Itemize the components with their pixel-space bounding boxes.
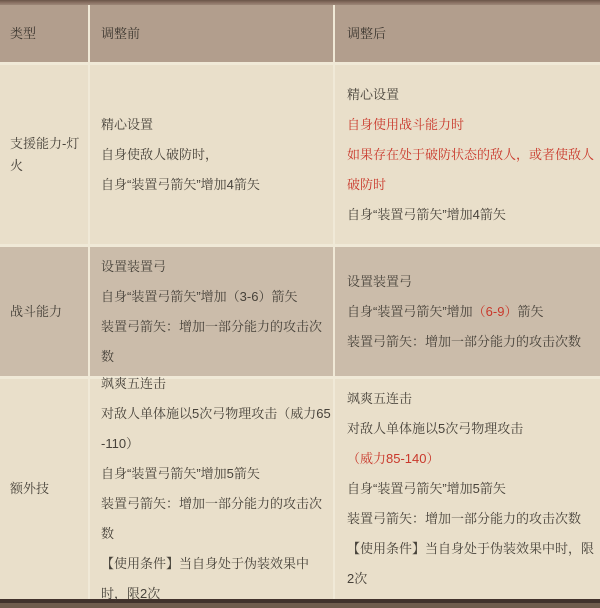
text-segment: 自身“装置弓箭矢”增加5箭矢 (101, 466, 260, 481)
text-line: 精心设置 (347, 80, 399, 110)
text-segment: 自身“装置弓箭矢”增加5箭矢 (347, 481, 506, 496)
text-line: 设置装置弓 (347, 267, 412, 297)
text-line: 自身“装置弓箭矢”增加5箭矢 (347, 474, 506, 504)
text-segment: 装置弓箭矢：增加一部分能力的攻击次数 (347, 511, 581, 526)
text-segment: 自身“装置弓箭矢”增加4箭矢 (101, 177, 260, 192)
text-line: 装置弓箭矢：增加一部分能力的攻击次数 (347, 327, 581, 357)
header-label-type: 类型 (10, 25, 36, 43)
skill-adjustment-table: 类型 调整前 调整后 支援能力-灯火 精心设置 自身使敌人破防时， 自身“装置弓… (0, 0, 600, 608)
row-type-label: 额外技 (10, 478, 49, 500)
text-line: 对敌人单体施以5次弓物理攻击（威力85-140） (347, 414, 523, 474)
text-line: 自身使敌人破防时， (101, 140, 218, 170)
text-segment: 【使用条件】当自身处于伪装效果中时，限2次 (101, 556, 309, 601)
row-type-label: 支援能力-灯火 (10, 133, 86, 177)
text-line: 飒爽五连击 (347, 384, 412, 414)
table-header-row: 类型 调整前 调整后 (0, 5, 600, 62)
text-line: 装置弓箭矢：增加一部分能力的攻击次数 (101, 312, 331, 372)
text-line: 自身“装置弓箭矢”增加5箭矢 (101, 459, 260, 489)
text-line: 自身“装置弓箭矢”增加4箭矢 (101, 170, 260, 200)
text-line: 对敌人单体施以5次弓物理攻击（威力65-110） (101, 399, 331, 459)
text-line: 飒爽五连击 (101, 369, 166, 399)
header-label-before: 调整前 (101, 25, 140, 43)
before-cell: 设置装置弓 自身“装置弓箭矢”增加（3-6）箭矢 装置弓箭矢：增加一部分能力的攻… (88, 247, 333, 376)
text-line: 自身“装置弓箭矢”增加（3-6）箭矢 (101, 282, 297, 312)
text-segment-highlight: 如果存在处于破防状态的敌人，或者使敌人破防时 (347, 147, 594, 192)
text-segment: 对敌人单体施以5次弓物理攻击 (347, 421, 523, 436)
table-row-combat-ability: 战斗能力 设置装置弓 自身“装置弓箭矢”增加（3-6）箭矢 装置弓箭矢：增加一部… (0, 247, 600, 376)
text-segment: 飒爽五连击 (101, 376, 166, 391)
text-segment-highlight: （6-9） (473, 304, 518, 319)
after-cell: 精心设置 自身使用战斗能力时 如果存在处于破防状态的敌人，或者使敌人破防时 自身… (333, 65, 600, 244)
text-line: 【使用条件】当自身处于伪装效果中时，限2次 (101, 549, 331, 608)
header-cell-before: 调整前 (88, 5, 333, 62)
text-segment: 设置装置弓 (347, 274, 412, 289)
text-segment: 装置弓箭矢：增加一部分能力的攻击次数 (101, 496, 322, 541)
text-segment: 自身“装置弓箭矢”增加（3-6）箭矢 (101, 289, 297, 304)
type-cell: 支援能力-灯火 (0, 65, 88, 244)
type-cell: 额外技 (0, 379, 88, 599)
header-label-after: 调整后 (347, 25, 386, 43)
text-line: 设置装置弓 (101, 252, 166, 282)
text-segment: 自身“装置弓箭矢”增加 (347, 304, 473, 319)
text-segment: 自身使敌人破防时， (101, 147, 218, 162)
text-segment: 【使用条件】当自身处于伪装效果中时，限2次 (347, 541, 594, 586)
text-segment: 对敌人单体施以5次弓物理攻击（威力65-110） (101, 406, 331, 451)
after-cell: 设置装置弓 自身“装置弓箭矢”增加（6-9）箭矢 装置弓箭矢：增加一部分能力的攻… (333, 247, 600, 376)
text-line: 如果存在处于破防状态的敌人，或者使敌人破防时 (347, 140, 598, 200)
before-cell: 飒爽五连击 对敌人单体施以5次弓物理攻击（威力65-110） 自身“装置弓箭矢”… (88, 379, 333, 599)
text-segment-highlight: （威力85-140） (347, 451, 439, 466)
text-line: 自身使用战斗能力时 (347, 110, 464, 140)
text-segment: 箭矢 (517, 304, 543, 319)
text-segment: 精心设置 (347, 87, 399, 102)
text-segment-highlight: 自身使用战斗能力时 (347, 117, 464, 132)
text-line: 精心设置 (101, 110, 153, 140)
after-cell: 飒爽五连击 对敌人单体施以5次弓物理攻击（威力85-140） 自身“装置弓箭矢”… (333, 379, 600, 599)
text-line: 装置弓箭矢：增加一部分能力的攻击次数 (101, 489, 331, 549)
type-cell: 战斗能力 (0, 247, 88, 376)
row-type-label: 战斗能力 (10, 301, 62, 323)
text-line: 【使用条件】当自身处于伪装效果中时，限2次 (347, 534, 598, 594)
text-segment: 装置弓箭矢：增加一部分能力的攻击次数 (101, 319, 322, 364)
before-cell: 精心设置 自身使敌人破防时， 自身“装置弓箭矢”增加4箭矢 (88, 65, 333, 244)
text-segment: 自身“装置弓箭矢”增加4箭矢 (347, 207, 506, 222)
text-line: 装置弓箭矢：增加一部分能力的攻击次数 (347, 504, 581, 534)
text-line: 自身“装置弓箭矢”增加4箭矢 (347, 200, 506, 230)
text-segment: 精心设置 (101, 117, 153, 132)
header-cell-type: 类型 (0, 5, 88, 62)
table-row-extra-skill: 额外技 飒爽五连击 对敌人单体施以5次弓物理攻击（威力65-110） 自身“装置… (0, 379, 600, 599)
text-segment: 设置装置弓 (101, 259, 166, 274)
text-segment: 飒爽五连击 (347, 391, 412, 406)
text-line: 自身“装置弓箭矢”增加（6-9）箭矢 (347, 297, 543, 327)
text-segment: 装置弓箭矢：增加一部分能力的攻击次数 (347, 334, 581, 349)
table-row-support-ability: 支援能力-灯火 精心设置 自身使敌人破防时， 自身“装置弓箭矢”增加4箭矢 精心… (0, 65, 600, 244)
header-cell-after: 调整后 (333, 5, 600, 62)
